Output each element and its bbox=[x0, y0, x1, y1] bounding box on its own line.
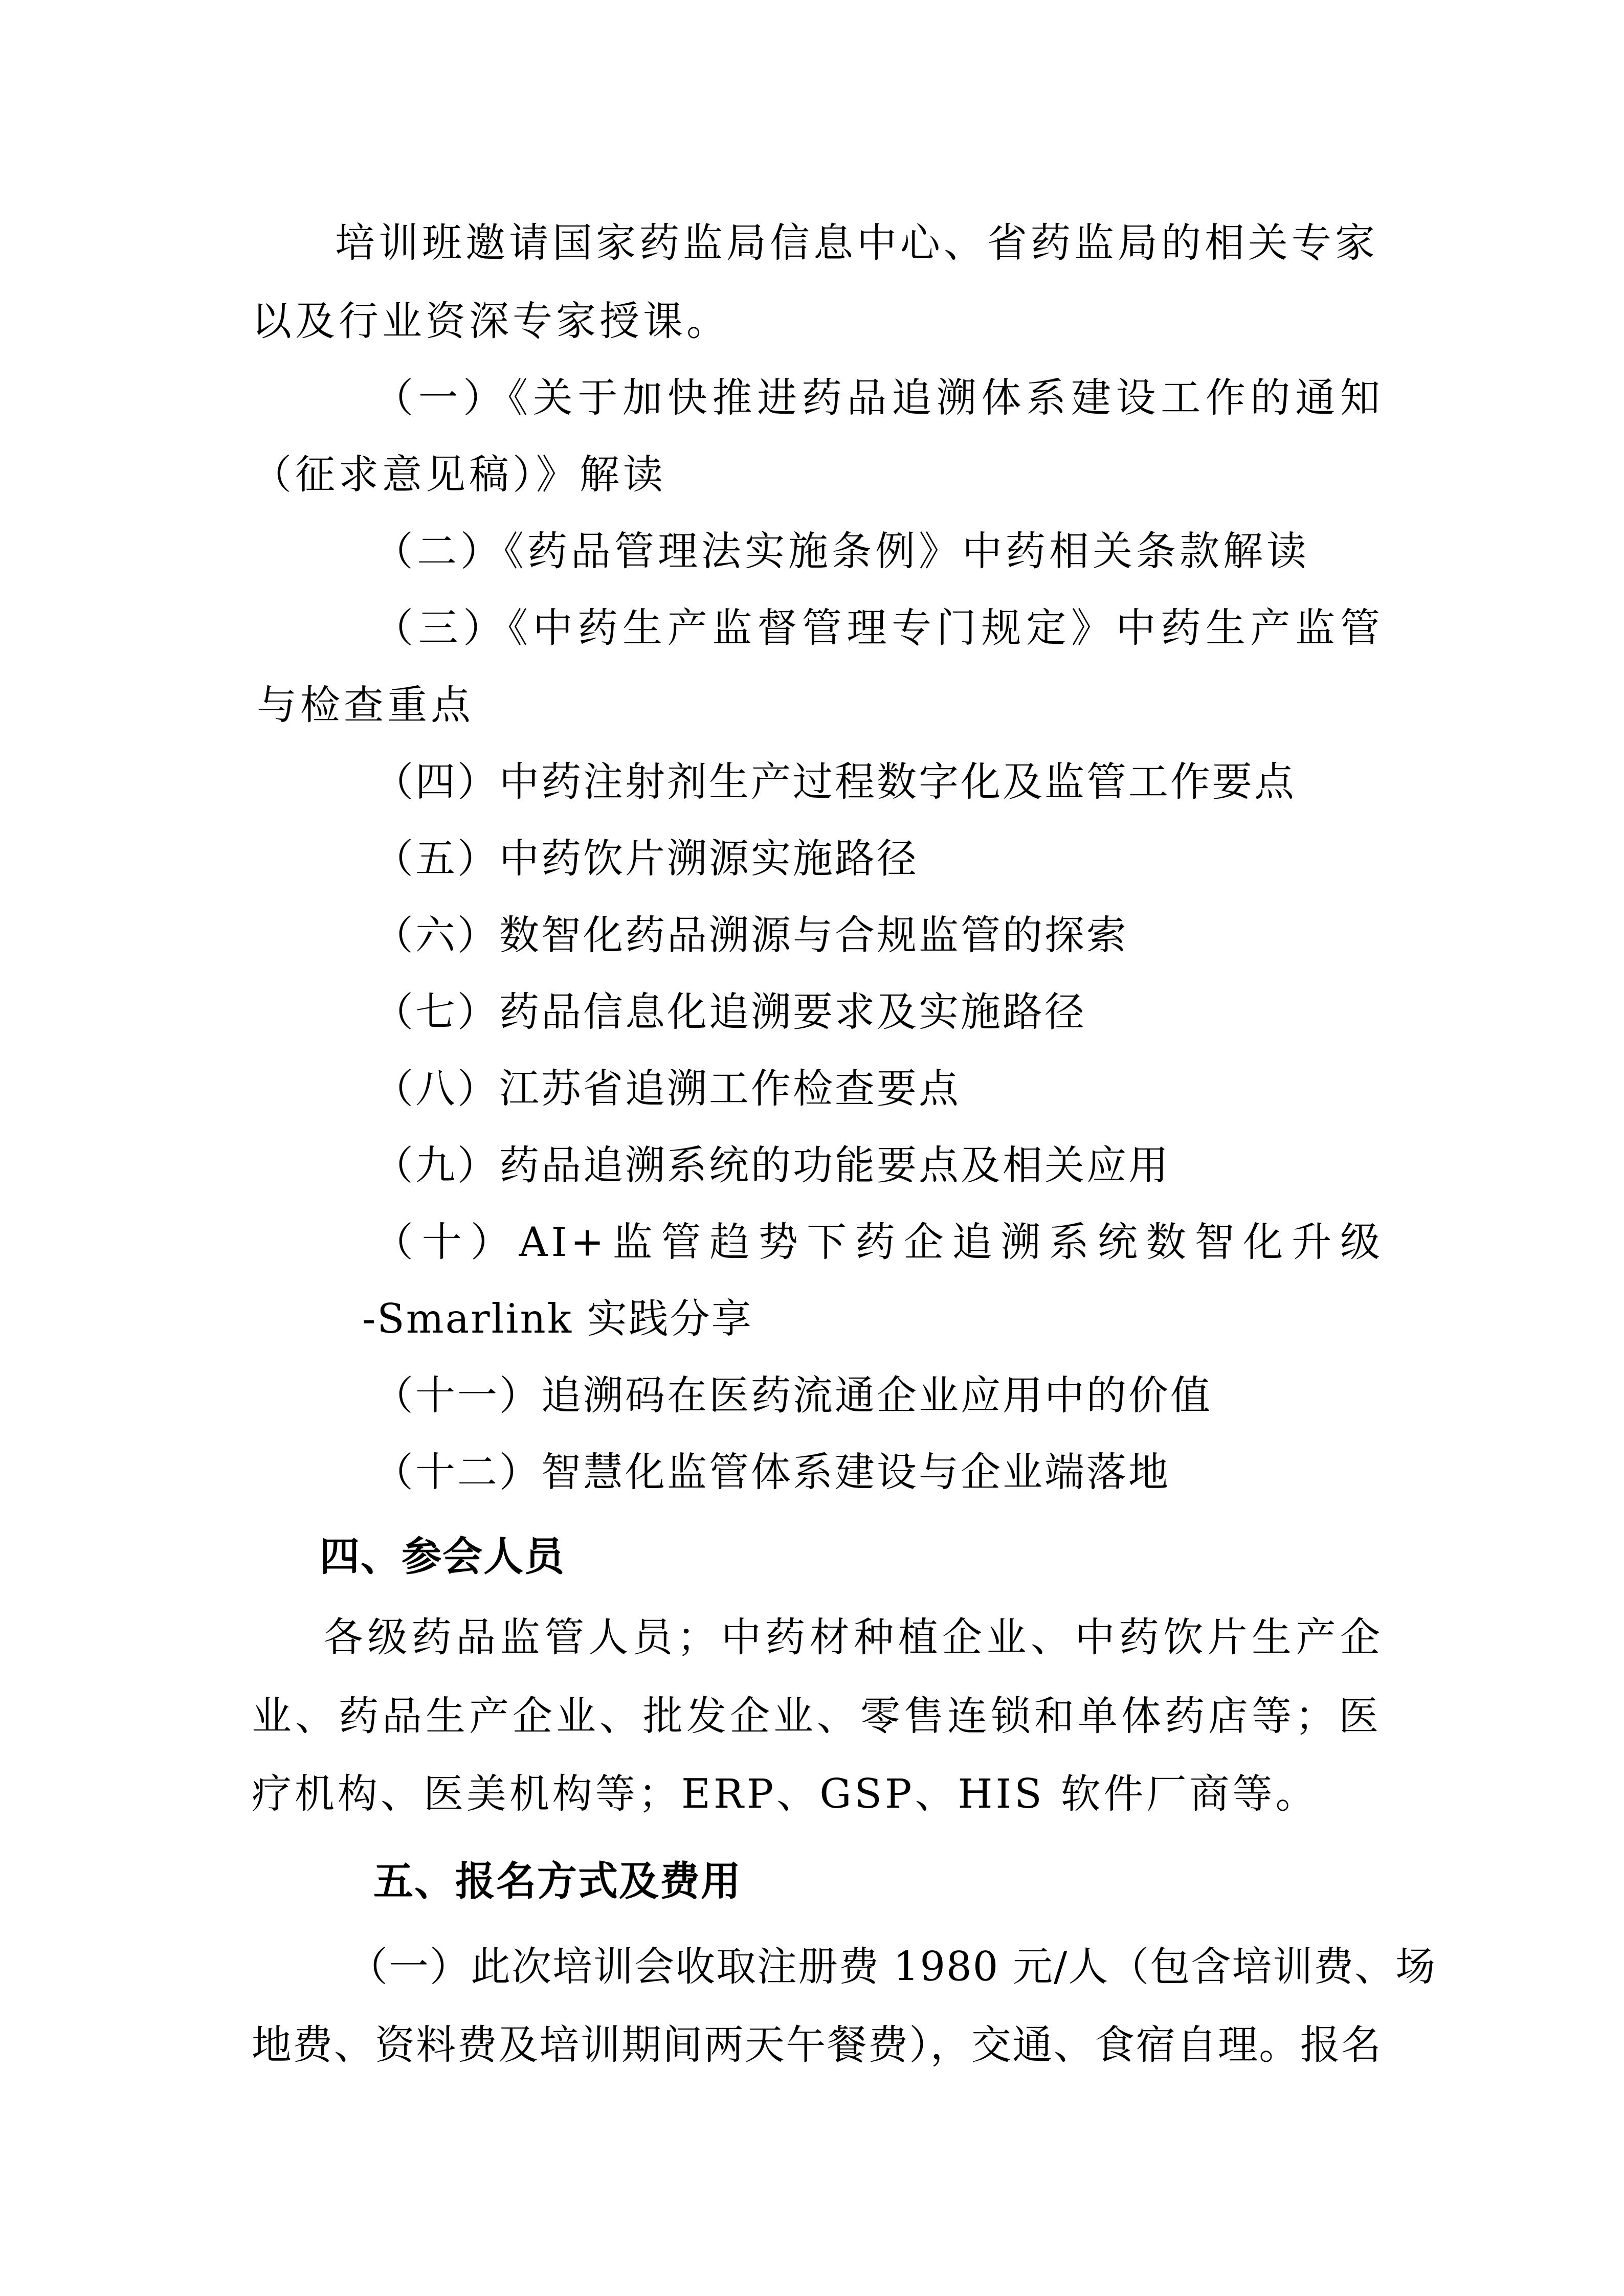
topic-item-3: （三）《中药生产监督管理专门规定》中药生产监管 bbox=[373, 603, 1384, 654]
registration-paragraph-line: （一）此次培训会收取注册费 1980 元/人（包含培训费、场 bbox=[348, 1942, 1384, 1993]
topic-item-10-cont: -Smarlink 实践分享 bbox=[362, 1294, 753, 1345]
topic-item-9: （九）药品追溯系统的功能要点及相关应用 bbox=[373, 1140, 1170, 1191]
topic-item-4: （四）中药注射剂生产过程数字化及监管工作要点 bbox=[373, 757, 1296, 808]
topic-item-2: （二）《药品管理法实施条例》中药相关条款解读 bbox=[373, 526, 1310, 577]
topic-item-11: （十一）追溯码在医药流通企业应用中的价值 bbox=[373, 1370, 1212, 1422]
topic-item-1-cont: （征求意见稿）》解读 bbox=[252, 449, 666, 501]
section-heading-registration: 五、报名方式及费用 bbox=[373, 1856, 742, 1907]
topic-item-10: （十）AI+监管趋势下药企追溯系统数智化升级 bbox=[373, 1217, 1384, 1268]
topic-item-12: （十二）智慧化监管体系建设与企业端落地 bbox=[373, 1447, 1170, 1498]
topic-item-8: （八）江苏省追溯工作检查要点 bbox=[373, 1064, 961, 1115]
intro-paragraph-line: 以及行业资深专家授课。 bbox=[252, 296, 730, 347]
attendees-paragraph-line: 业、药品生产企业、批发企业、零售连锁和单体药店等；医 bbox=[252, 1691, 1382, 1742]
topic-item-3-cont: 与检查重点 bbox=[257, 680, 474, 731]
registration-paragraph-line: 地费、资料费及培训期间两天午餐费），交通、食宿自理。报名 bbox=[252, 2020, 1382, 2071]
topic-item-6: （六）数智化药品溯源与合规监管的探索 bbox=[373, 910, 1128, 961]
topic-item-1: （一）《关于加快推进药品追溯体系建设工作的通知 bbox=[373, 373, 1384, 424]
topic-item-7: （七）药品信息化追溯要求及实施路径 bbox=[373, 987, 1086, 1038]
intro-paragraph-line: 培训班邀请国家药监局信息中心、省药监局的相关专家 bbox=[335, 218, 1378, 269]
section-heading-attendees: 四、参会人员 bbox=[320, 1532, 565, 1583]
attendees-paragraph-line: 疗机构、医美机构等；ERP、GSP、HIS 软件厂商等。 bbox=[252, 1769, 1318, 1820]
topic-item-5: （五）中药饮片溯源实施路径 bbox=[373, 834, 919, 885]
attendees-paragraph-line: 各级药品监管人员；中药材种植企业、中药饮片生产企 bbox=[323, 1612, 1384, 1663]
document-page: 培训班邀请国家药监局信息中心、省药监局的相关专家 以及行业资深专家授课。 （一）… bbox=[0, 0, 1624, 2296]
